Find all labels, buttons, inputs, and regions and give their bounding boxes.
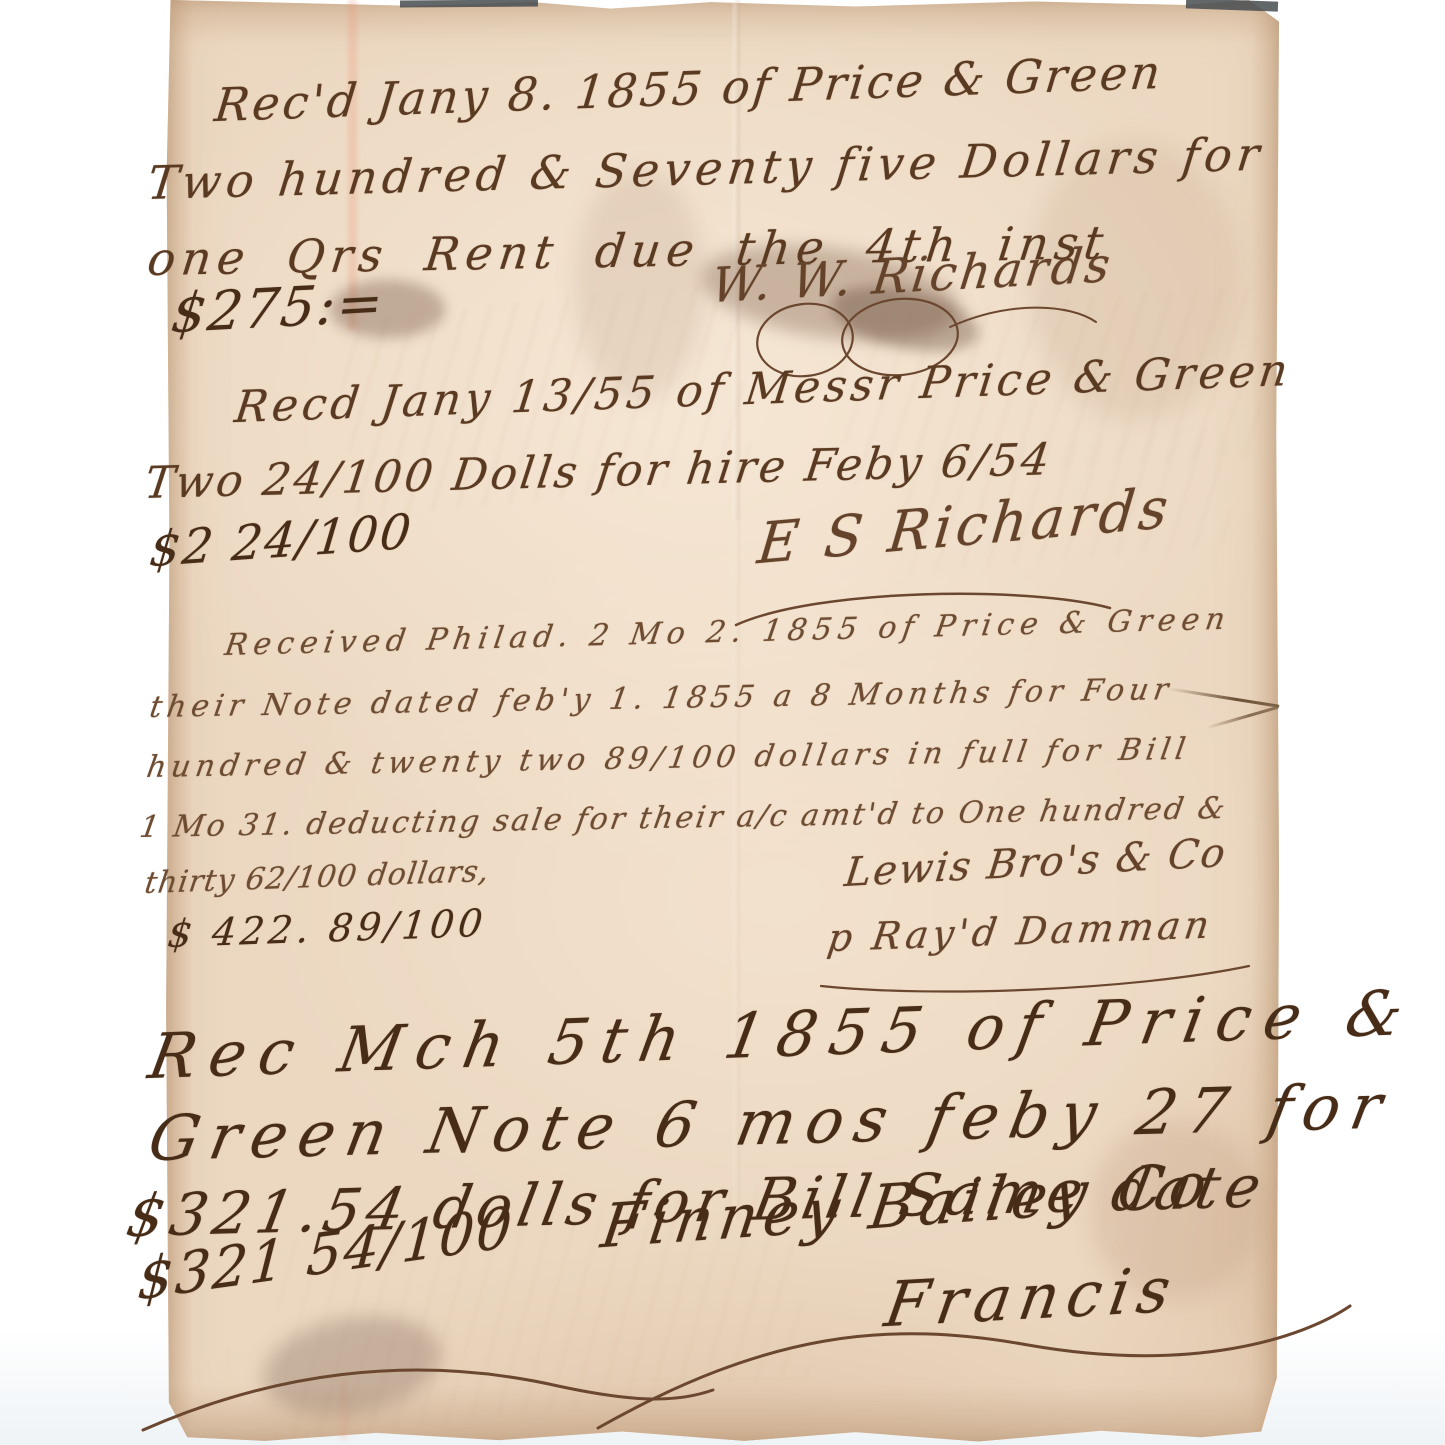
receipt1-amount: $275:= xyxy=(168,271,388,346)
pink-streak-bottom xyxy=(340,1380,347,1440)
scanned-receipt-page: Rec'd Jany 8. 1855 of Price & Green Two … xyxy=(0,0,1445,1445)
torn-edge-top-left xyxy=(400,0,538,7)
